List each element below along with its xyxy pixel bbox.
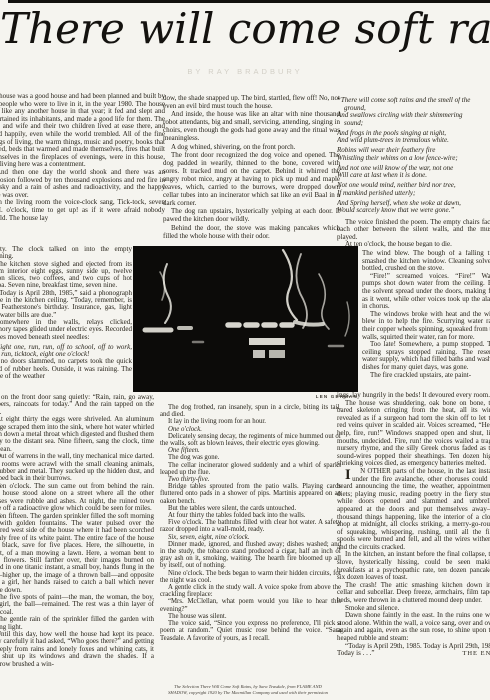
story-paragraph: Somewhere in the walls, relays clicked, …: [0, 319, 132, 341]
story-paragraph: In the kitchen, an instant before the fi…: [337, 551, 490, 581]
column-1-beside-illustration: empty. The clock talked on into the empt…: [0, 246, 132, 394]
poem-stanza: And Spring herself, when she woke at daw…: [337, 200, 490, 215]
story-paragraph: Behind the door, the stove was making pa…: [163, 224, 340, 240]
story-paragraph: “Today is April 28th, 1985,” said a phon…: [0, 290, 132, 319]
poem: “There will come soft rains and the smel…: [337, 97, 490, 215]
poem-stanza: And not one will know of the war, not on…: [337, 165, 490, 180]
footnote-line-2: SHADOW, copyright 1920 by The Macmillan …: [128, 690, 368, 696]
story-paragraph: In the living room the voice-clock sang,…: [0, 199, 165, 222]
top-rule: [8, 0, 490, 3]
poem-aftermath: The voice finished the poem. The empty c…: [337, 219, 490, 248]
night-house-drawing: [133, 246, 358, 392]
column-2-bottom: The dog frothed, ran insanely, spun in a…: [160, 404, 341, 686]
story-paragraph: The five spots of paint—the man, the wom…: [0, 594, 154, 616]
the-end-label: THE END: [454, 650, 490, 658]
poem-stanza: And frogs in the pools singing at night,…: [337, 130, 490, 145]
story-paragraph: The crash! The attic smashing kitchen do…: [337, 582, 490, 605]
story-paragraph: A dog whined, shivering, on the front po…: [163, 143, 340, 151]
story-paragraph: Bridge tables sprouted from the patio wa…: [160, 483, 341, 505]
story-paragraph: Dinner made, ignored, and flushed away; …: [160, 541, 341, 570]
story-paragraph: Too late! Somewhere, a pump stopped. The…: [362, 341, 490, 371]
story-paragraph: Five o'clock. The bathtubs filled with c…: [160, 519, 341, 533]
story-paragraph: Eight one, run, run, off to school, off …: [0, 344, 132, 359]
story-paragraph: At four thirty the tables folded back in…: [160, 512, 341, 519]
story-paragraph: At ten o'clock, the house began to die.: [337, 241, 490, 247]
story-paragraph: The dog frothed, ran insanely, spun in a…: [160, 404, 341, 418]
story-paragraph: One fifteen.: [160, 447, 341, 454]
story-paragraph: The kitchen stove sighed and ejected fro…: [0, 261, 132, 290]
story-paragraph: It lay in the living room for an hour.: [160, 418, 341, 425]
copyright-footnote: The Selection There Will Come Soft Rains…: [128, 684, 368, 696]
story-paragraph: The voice finished the poem. The empty c…: [337, 219, 490, 242]
story-paragraph: “Fire!” screamed voices. “Fire!” Water p…: [362, 273, 490, 311]
story-paragraph: HE house was a good house and had been p…: [0, 93, 165, 169]
story-paragraph: The wind blew. The bough of a falling tr…: [362, 250, 490, 273]
column-3-beside-illustration: The wind blew. The bough of a falling tr…: [362, 250, 490, 391]
story-paragraph: empty. The clock talked on into the empt…: [0, 246, 132, 261]
column-2-top: dow, the shade snapped up. The bird, sta…: [163, 94, 340, 246]
story-paragraph: dow, the shade snapped up. The bird, sta…: [163, 94, 340, 110]
story-paragraph: The dog was gone.: [160, 454, 341, 461]
story-paragraph: Out of warrens in the wall, tiny mechani…: [0, 453, 154, 483]
story-paragraph: The cellar incinerator glowed suddenly a…: [160, 462, 341, 476]
story-paragraph: Until this day, how well the house had k…: [0, 631, 154, 668]
story-paragraph: Nine o'clock. The beds began to warm the…: [160, 570, 341, 584]
story-paragraph: The windows broke with heat and the wind…: [362, 311, 490, 341]
story-paragraph: Ten o'clock. The sun came out from behin…: [0, 483, 154, 513]
story-paragraph: Two thirty-five.: [160, 476, 341, 483]
story-paragraph: The dog ran upstairs, hysterically yelpi…: [163, 207, 340, 223]
story-paragraph: But the tables were silent, the cards un…: [160, 505, 341, 512]
story-paragraph: The fire crackled upstairs, ate paint-: [362, 372, 490, 380]
story-illustration: [133, 246, 358, 392]
story-paragraph: Delicately sensing decay, the regiments …: [160, 433, 341, 447]
story-paragraph: One o'clock.: [160, 426, 341, 433]
column-3-bottom: ings, lay hungrily in the beds! It devou…: [337, 392, 490, 682]
story-paragraph: “Today is April 29th, 1985. Today is Apr…: [337, 643, 490, 658]
column-1-bottom: box on the front door sang quietly: “Rai…: [0, 394, 154, 684]
illustration-credit: LEN GEHMAN: [133, 394, 358, 399]
story-paragraph: IN OTHER parts of the house, in the last…: [337, 468, 490, 552]
poem-stanza: “There will come soft rains and the smel…: [337, 97, 490, 127]
story-paragraph: And then one day the world shook and the…: [0, 169, 165, 199]
story-title: There will come soft rains: [0, 4, 490, 53]
story-paragraph: box on the front door sang quietly: “Rai…: [0, 394, 154, 416]
story-paragraph: “Mrs. McClellan, what poem would you lik…: [160, 598, 341, 612]
poem-stanza: Not one would mind, neither bird nor tre…: [337, 182, 490, 197]
byline: BY RAY BRADBURY: [0, 67, 490, 76]
magazine-page: There will come soft rains BY RAY BRADBU…: [0, 0, 490, 700]
story-paragraph: A gentle click in the study wall. A voic…: [160, 584, 341, 598]
story-paragraph: Ten fifteen. The garden sprinkler filled…: [0, 513, 154, 594]
story-paragraph: But no doors slammed, no carpets took th…: [0, 358, 132, 380]
story-paragraph: The gentle rain of the sprinkler filled …: [0, 616, 154, 631]
story-paragraph: Six, seven, eight, nine o'clock.: [160, 534, 341, 541]
poem-stanza: Robins will wear their feathery fire Whi…: [337, 147, 490, 162]
story-paragraph: At eight thirty the eggs were shriveled.…: [0, 416, 154, 453]
story-paragraph: The voice said, “Since you express no pr…: [160, 620, 341, 642]
story-paragraph: The front door recognized the dog voice …: [163, 151, 340, 208]
column-1-top: HE house was a good house and had been p…: [0, 93, 165, 246]
story-paragraph: Dawn shone faintly in the east. In the r…: [337, 612, 490, 642]
drop-cap: I: [337, 469, 351, 482]
story-paragraph: The house was shuddering, oak bone on bo…: [337, 400, 490, 468]
story-paragraph: And inside, the house was like an altar …: [163, 110, 340, 142]
column-3-top: “There will come soft rains and the smel…: [337, 97, 490, 247]
story-paragraph: The house was silent.: [160, 613, 341, 620]
